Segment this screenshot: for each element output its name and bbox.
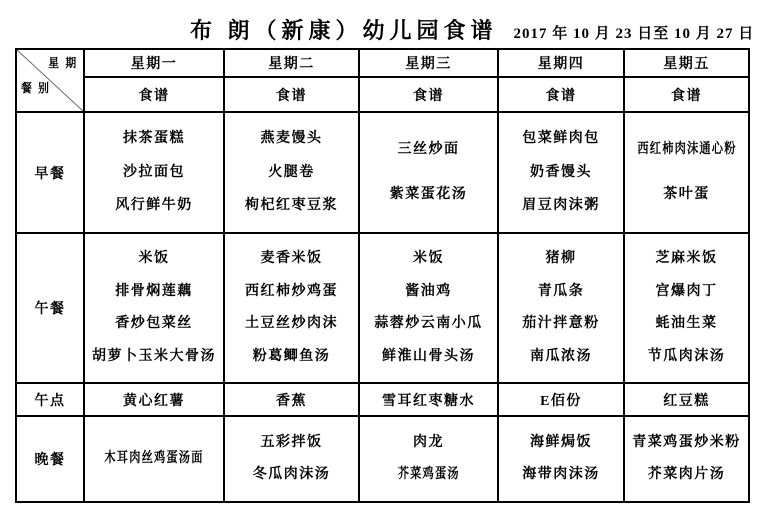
- dish: 海鲜焗饭: [530, 436, 592, 450]
- date-range: 2017 年 10 月 23 日至 10 月 27 日: [514, 22, 755, 43]
- dish: 蒜蓉炒云南小瓜: [374, 317, 483, 331]
- dish: 香炒包菜丝: [115, 317, 193, 331]
- dish: 五彩拌饭: [261, 436, 323, 450]
- row-afternoon-snack: 午点 黄心红薯 香蕉 雪耳红枣糖水 E佰份 红豆糕: [16, 383, 749, 416]
- row-lunch: 午餐 米饭 排骨焖莲藕 香炒包菜丝 胡萝卜玉米大骨汤 麦香米饭 西红柿炒鸡蛋 土…: [16, 233, 749, 383]
- menu-cell-breakfast-friday: 西红柿肉沫通心粉 茶叶蛋: [624, 112, 749, 233]
- menu-cell-snack-friday: 红豆糕: [624, 383, 749, 416]
- page-title: 布 朗（新康）幼儿园食谱: [190, 14, 498, 45]
- day-header-friday: 星期五: [624, 49, 749, 77]
- dish: 米饭: [139, 252, 170, 266]
- menu-cell-dinner-tuesday: 五彩拌饭 冬瓜肉沫汤: [224, 416, 359, 502]
- subheader-thursday: 食谱: [498, 77, 624, 112]
- menu-cell-breakfast-wednesday: 三丝炒面 紫菜蛋花汤: [359, 112, 498, 233]
- dish: 西红柿肉沫通心粉: [637, 143, 736, 157]
- menu-cell-breakfast-monday: 抹茶蛋糕 沙拉面包 风行鲜牛奶: [84, 112, 224, 233]
- menu-cell-lunch-wednesday: 米饭 酱油鸡 蒜蓉炒云南小瓜 鲜淮山骨头汤: [359, 233, 498, 383]
- corner-meal-label: 餐 别: [21, 79, 51, 96]
- dish: 酱油鸡: [405, 285, 452, 299]
- dish: 抹茶蛋糕: [123, 132, 185, 146]
- dish: 米饭: [413, 252, 444, 266]
- dish: 西红柿炒鸡蛋: [245, 285, 338, 299]
- dish: 南瓜浓汤: [530, 350, 592, 364]
- menu-cell-snack-wednesday: 雪耳红枣糖水: [359, 383, 498, 416]
- subheader-tuesday: 食谱: [224, 77, 359, 112]
- dish: 排骨焖莲藕: [115, 285, 193, 299]
- dish: 茄汁拌意粉: [522, 317, 600, 331]
- row-label-dinner: 晚餐: [16, 416, 84, 502]
- dish: 芥菜肉片汤: [648, 468, 726, 482]
- dish: 海带肉沫汤: [522, 468, 600, 482]
- dish: 粉葛鲫鱼汤: [253, 350, 331, 364]
- menu-cell-dinner-wednesday: 肉龙 芥菜鸡蛋汤: [359, 416, 498, 502]
- row-breakfast: 早餐 抹茶蛋糕 沙拉面包 风行鲜牛奶 燕麦馒头 火腿卷 枸杞红枣豆浆 三丝炒面 …: [16, 112, 749, 233]
- dish: 鲜淮山骨头汤: [382, 350, 475, 364]
- dish: 青菜鸡蛋炒米粉: [632, 436, 741, 450]
- dish: 芥菜鸡蛋汤: [398, 468, 460, 482]
- dish: 土豆丝炒肉沫: [245, 317, 338, 331]
- dish: 肉龙: [413, 436, 444, 450]
- subheader-row: 食谱 食谱 食谱 食谱 食谱: [16, 77, 749, 112]
- dish: 沙拉面包: [123, 166, 185, 180]
- dish: 火腿卷: [268, 166, 315, 180]
- dish: 奶香馒头: [530, 166, 592, 180]
- day-header-tuesday: 星期二: [224, 49, 359, 77]
- subheader-monday: 食谱: [84, 77, 224, 112]
- dish: 茶叶蛋: [663, 188, 710, 202]
- day-header-monday: 星期一: [84, 49, 224, 77]
- menu-table: 星 期 餐 别 星期一 星期二 星期三 星期四 星期五 食谱 食谱 食谱 食谱 …: [15, 48, 750, 503]
- dish: 麦香米饭: [261, 252, 323, 266]
- dish: 木耳肉丝鸡蛋汤面: [104, 452, 203, 466]
- dish: 包菜鲜肉包: [522, 132, 600, 146]
- menu-cell-snack-thursday: E佰份: [498, 383, 624, 416]
- menu-cell-dinner-friday: 青菜鸡蛋炒米粉 芥菜肉片汤: [624, 416, 749, 502]
- dish: 冬瓜肉沫汤: [253, 468, 331, 482]
- menu-cell-lunch-tuesday: 麦香米饭 西红柿炒鸡蛋 土豆丝炒肉沫 粉葛鲫鱼汤: [224, 233, 359, 383]
- corner-week-label: 星 期: [48, 54, 78, 71]
- dish: 芝麻米饭: [656, 252, 718, 266]
- menu-cell-lunch-thursday: 猪柳 青瓜条 茄汁拌意粉 南瓜浓汤: [498, 233, 624, 383]
- menu-cell-lunch-friday: 芝麻米饭 宫爆肉丁 蚝油生菜 节瓜肉沫汤: [624, 233, 749, 383]
- row-label-lunch: 午餐: [16, 233, 84, 383]
- dish: 枸杞红枣豆浆: [245, 199, 338, 213]
- menu-cell-breakfast-tuesday: 燕麦馒头 火腿卷 枸杞红枣豆浆: [224, 112, 359, 233]
- dish: 猪柳: [546, 252, 577, 266]
- dish: 宫爆肉丁: [656, 285, 718, 299]
- menu-cell-snack-monday: 黄心红薯: [84, 383, 224, 416]
- dish: 胡萝卜玉米大骨汤: [92, 350, 216, 364]
- subheader-friday: 食谱: [624, 77, 749, 112]
- dish: 节瓜肉沫汤: [648, 350, 726, 364]
- day-header-wednesday: 星期三: [359, 49, 498, 77]
- menu-cell-dinner-thursday: 海鲜焗饭 海带肉沫汤: [498, 416, 624, 502]
- menu-cell-lunch-monday: 米饭 排骨焖莲藕 香炒包菜丝 胡萝卜玉米大骨汤: [84, 233, 224, 383]
- dish: 青瓜条: [538, 285, 585, 299]
- day-header-row: 星 期 餐 别 星期一 星期二 星期三 星期四 星期五: [16, 49, 749, 77]
- page-header: 布 朗（新康）幼儿园食谱 2017 年 10 月 23 日至 10 月 27 日: [190, 14, 754, 45]
- day-header-thursday: 星期四: [498, 49, 624, 77]
- dish: 燕麦馒头: [261, 132, 323, 146]
- dish: 风行鲜牛奶: [115, 199, 193, 213]
- corner-cell: 星 期 餐 别: [16, 49, 84, 112]
- dish: 眉豆肉沫粥: [522, 199, 600, 213]
- row-dinner: 晚餐 木耳肉丝鸡蛋汤面 五彩拌饭 冬瓜肉沫汤 肉龙 芥菜鸡蛋汤 海鲜焗饭 海带肉…: [16, 416, 749, 502]
- dish: 三丝炒面: [398, 143, 460, 157]
- menu-cell-dinner-monday: 木耳肉丝鸡蛋汤面: [84, 416, 224, 502]
- menu-page: 布 朗（新康）幼儿园食谱 2017 年 10 月 23 日至 10 月 27 日…: [0, 0, 775, 530]
- dish: 蚝油生菜: [656, 317, 718, 331]
- menu-cell-breakfast-thursday: 包菜鲜肉包 奶香馒头 眉豆肉沫粥: [498, 112, 624, 233]
- subheader-wednesday: 食谱: [359, 77, 498, 112]
- dish: 紫菜蛋花汤: [390, 188, 468, 202]
- menu-cell-snack-tuesday: 香蕉: [224, 383, 359, 416]
- row-label-breakfast: 早餐: [16, 112, 84, 233]
- row-label-afternoon-snack: 午点: [16, 383, 84, 416]
